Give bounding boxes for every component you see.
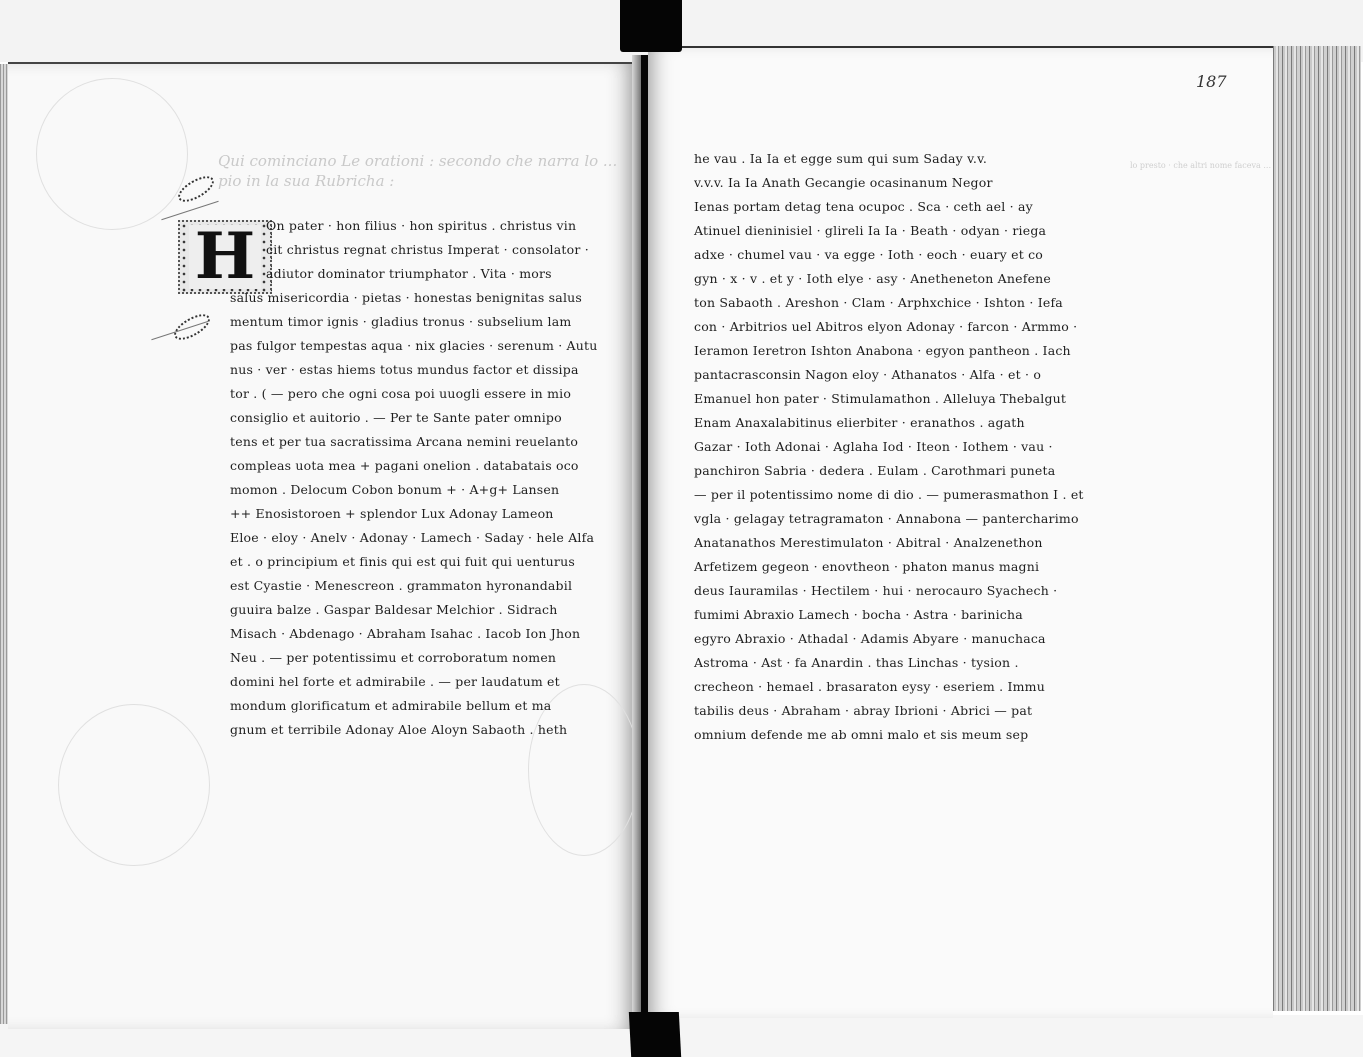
manuscript-line: guuira balze . Gaspar Baldesar Melchior …	[230, 598, 610, 622]
manuscript-line: — per il potentissimo nome di dio . — pu…	[694, 483, 1084, 507]
manuscript-line: con · Arbitrios uel Abitros elyon Adonay…	[694, 315, 1084, 339]
manuscript-line: gnum et terribile Adonay Aloe Aloyn Saba…	[230, 718, 610, 742]
manuscript-line: tor . ( — pero che ogni cosa poi uuogli …	[230, 382, 610, 406]
faded-margin-note: lo presto · che altri nome faceva ...	[1130, 161, 1271, 170]
manuscript-line: tabilis deus · Abraham · abray Ibrioni ·…	[694, 699, 1084, 723]
manuscript-line: omnium defende me ab omni malo et sis me…	[694, 723, 1084, 747]
manuscript-line: panchiron Sabria · dedera . Eulam . Caro…	[694, 459, 1084, 483]
manuscript-line: tens et per tua sacratissima Arcana nemi…	[230, 430, 610, 454]
manuscript-line: fumimi Abraxio Lamech · bocha · Astra · …	[694, 603, 1084, 627]
manuscript-line: Emanuel hon pater · Stimulamathon . Alle…	[694, 387, 1084, 411]
manuscript-line: egyro Abraxio · Athadal · Adamis Abyare …	[694, 627, 1084, 651]
manuscript-line: deus Iauramilas · Hectilem · hui · neroc…	[694, 579, 1084, 603]
manuscript-line: momon . Delocum Cobon bonum + · A+g+ Lan…	[230, 478, 610, 502]
bookmark-ribbon-bottom	[629, 1012, 681, 1057]
show-through-seal-diagram	[36, 78, 188, 230]
manuscript-line: Misach · Abdenago · Abraham Isahac . Iac…	[230, 622, 610, 646]
manuscript-line: crecheon · hemael . brasaraton eysy · es…	[694, 675, 1084, 699]
manuscript-line: cit christus regnat christus Imperat · c…	[266, 238, 610, 262]
manuscript-line: vgla · gelagay tetragramaton · Annabona …	[694, 507, 1084, 531]
bookmark-ribbon-top	[620, 0, 682, 52]
manuscript-line: Atinuel dieninisiel · glireli Ia Ia · Be…	[694, 219, 1084, 243]
manuscript-line: mondum glorificatum et admirabile bellum…	[230, 694, 610, 718]
faded-rubric: Qui cominciano Le orationi : secondo che…	[218, 152, 617, 170]
manuscript-line: Gazar · Ioth Adonai · Aglaha Iod · Iteon…	[694, 435, 1084, 459]
manuscript-line: est Cyastie · Menescreon . grammaton hyr…	[230, 574, 610, 598]
manuscript-line: pas fulgor tempestas aqua · nix glacies …	[230, 334, 610, 358]
manuscript-line: consiglio et auitorio . — Per te Sante p…	[230, 406, 610, 430]
manuscript-line: On pater · hon filius · hon spiritus . c…	[266, 214, 610, 238]
manuscript-line: he vau . Ia Ia et egge sum qui sum Saday…	[694, 147, 1084, 171]
manuscript-line: gyn · x · v . et y · Ioth elye · asy · A…	[694, 267, 1084, 291]
left-page-text: On pater · hon filius · hon spiritus . c…	[230, 214, 610, 742]
manuscript-line: Arfetizem gegeon · enovtheon · phaton ma…	[694, 555, 1084, 579]
right-page-text: he vau . Ia Ia et egge sum qui sum Saday…	[694, 147, 1084, 747]
show-through-grid-diagram	[58, 704, 210, 866]
manuscript-line: mentum timor ignis · gladius tronus · su…	[230, 310, 610, 334]
gutter-shadow	[632, 55, 641, 1015]
folio-number: 187	[1196, 72, 1227, 91]
manuscript-line: Ieramon Ieretron Ishton Anabona · egyon …	[694, 339, 1084, 363]
manuscript-line: Enam Anaxalabitinus elierbiter · eranath…	[694, 411, 1084, 435]
manuscript-line: adiutor dominator triumphator . Vita · m…	[266, 262, 610, 286]
manuscript-line: v.v.v. Ia Ia Anath Gecangie ocasinanum N…	[694, 171, 1084, 195]
manuscript-line: adxe · chumel vau · va egge · Ioth · eoc…	[694, 243, 1084, 267]
manuscript-line: Anatanathos Merestimulaton · Abitral · A…	[694, 531, 1084, 555]
right-page-edges	[1273, 46, 1361, 1011]
manuscript-line: pantacrasconsin Nagon eloy · Athanatos ·…	[694, 363, 1084, 387]
faded-rubric-line2: pio in la sua Rubricha :	[218, 172, 394, 190]
manuscript-line: nus · ver · estas hiems totus mundus fac…	[230, 358, 610, 382]
manuscript-line: ++ Enosistoroen + splendor Lux Adonay La…	[230, 502, 610, 526]
manuscript-line: salus misericordia · pietas · honestas b…	[230, 286, 610, 310]
manuscript-line: domini hel forte et admirabile . — per l…	[230, 670, 610, 694]
manuscript-line: Astroma · Ast · fa Anardin . thas Lincha…	[694, 651, 1084, 675]
manuscript-line: et . o principium et finis qui est qui f…	[230, 550, 610, 574]
manuscript-line: Neu . — per potentissimu et corroboratum…	[230, 646, 610, 670]
manuscript-line: Eloe · eloy · Anelv · Adonay · Lamech · …	[230, 526, 610, 550]
manuscript-line: Ienas portam detag tena ocupoc . Sca · c…	[694, 195, 1084, 219]
manuscript-line: compleas uota mea + pagani onelion . dat…	[230, 454, 610, 478]
manuscript-line: ton Sabaoth . Areshon · Clam · Arphxchic…	[694, 291, 1084, 315]
